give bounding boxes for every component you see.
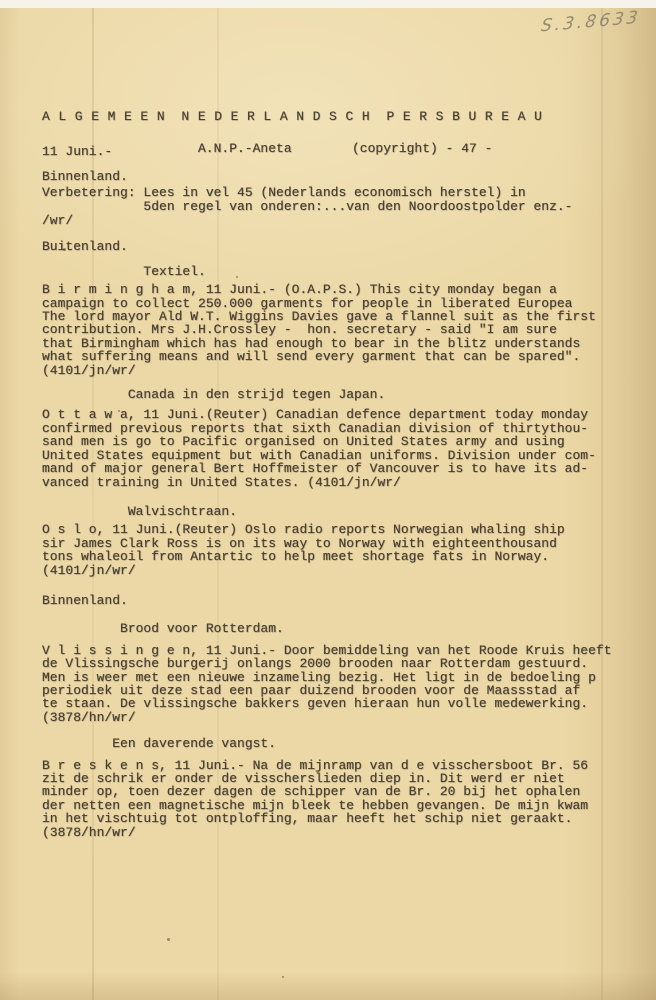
- article-heading: Een daverende vangst.: [42, 737, 638, 750]
- category-label-binnenland-2: Binnenland.: [42, 594, 638, 607]
- editor-signature: /wr/: [42, 214, 638, 227]
- article-body: O s l o, 11 Juni.(Reuter) Oslo radio rep…: [42, 523, 638, 577]
- article-heading: Textiel.: [42, 265, 638, 278]
- scanned-press-bulletin: S.3.8633 A L G E M E E N N E D E R L A N…: [0, 0, 656, 1000]
- article-body: B i r m i n g h a m, 11 Juni.- (O.A.P.S.…: [42, 283, 638, 377]
- article-heading: Canada in den strijd tegen Japan.: [42, 388, 638, 401]
- article-heading: Walvischtraan.: [42, 505, 638, 518]
- typewritten-content: A L G E M E E N N E D E R L A N D S C H …: [42, 0, 638, 839]
- correction-note: Verbetering: Lees in vel 45 (Nederlands …: [42, 186, 638, 213]
- masthead: A L G E M E E N N E D E R L A N D S C H …: [42, 110, 638, 123]
- category-label-buitenland: Buitenland.: [42, 240, 638, 253]
- article-textiel: Textiel. B i r m i n g h a m, 11 Juni.- …: [42, 265, 638, 377]
- issue-date: 11 Juni.-: [42, 144, 112, 159]
- article-body: O t t a w a, 11 Juni.(Reuter) Canadian d…: [42, 408, 638, 488]
- article-body: V l i s s i n g e n, 11 Juni.- Door bemi…: [42, 644, 638, 724]
- article-heading: Brood voor Rotterdam.: [42, 622, 638, 635]
- agency-name: A.N.P.-Aneta: [198, 142, 292, 155]
- article-canada-japan: Canada in den strijd tegen Japan. O t t …: [42, 388, 638, 489]
- article-daverende-vangst: Een daverende vangst. B r e s k e n s, 1…: [42, 737, 638, 839]
- meta-row: 11 Juni.- A.N.P.-Aneta (copyright) - 47 …: [42, 142, 638, 155]
- article-walvischtraan: Walvischtraan. O s l o, 11 Juni.(Reuter)…: [42, 505, 638, 577]
- paper-speck: [282, 976, 284, 978]
- paper-speck: [167, 938, 170, 941]
- copyright-note: (copyright) - 47 -: [352, 142, 492, 155]
- article-body: B r e s k e n s, 11 Juni.- Na de mijnram…: [42, 759, 638, 839]
- article-brood-rotterdam: Brood voor Rotterdam. V l i s s i n g e …: [42, 622, 638, 724]
- category-label-binnenland: Binnenland.: [42, 170, 638, 183]
